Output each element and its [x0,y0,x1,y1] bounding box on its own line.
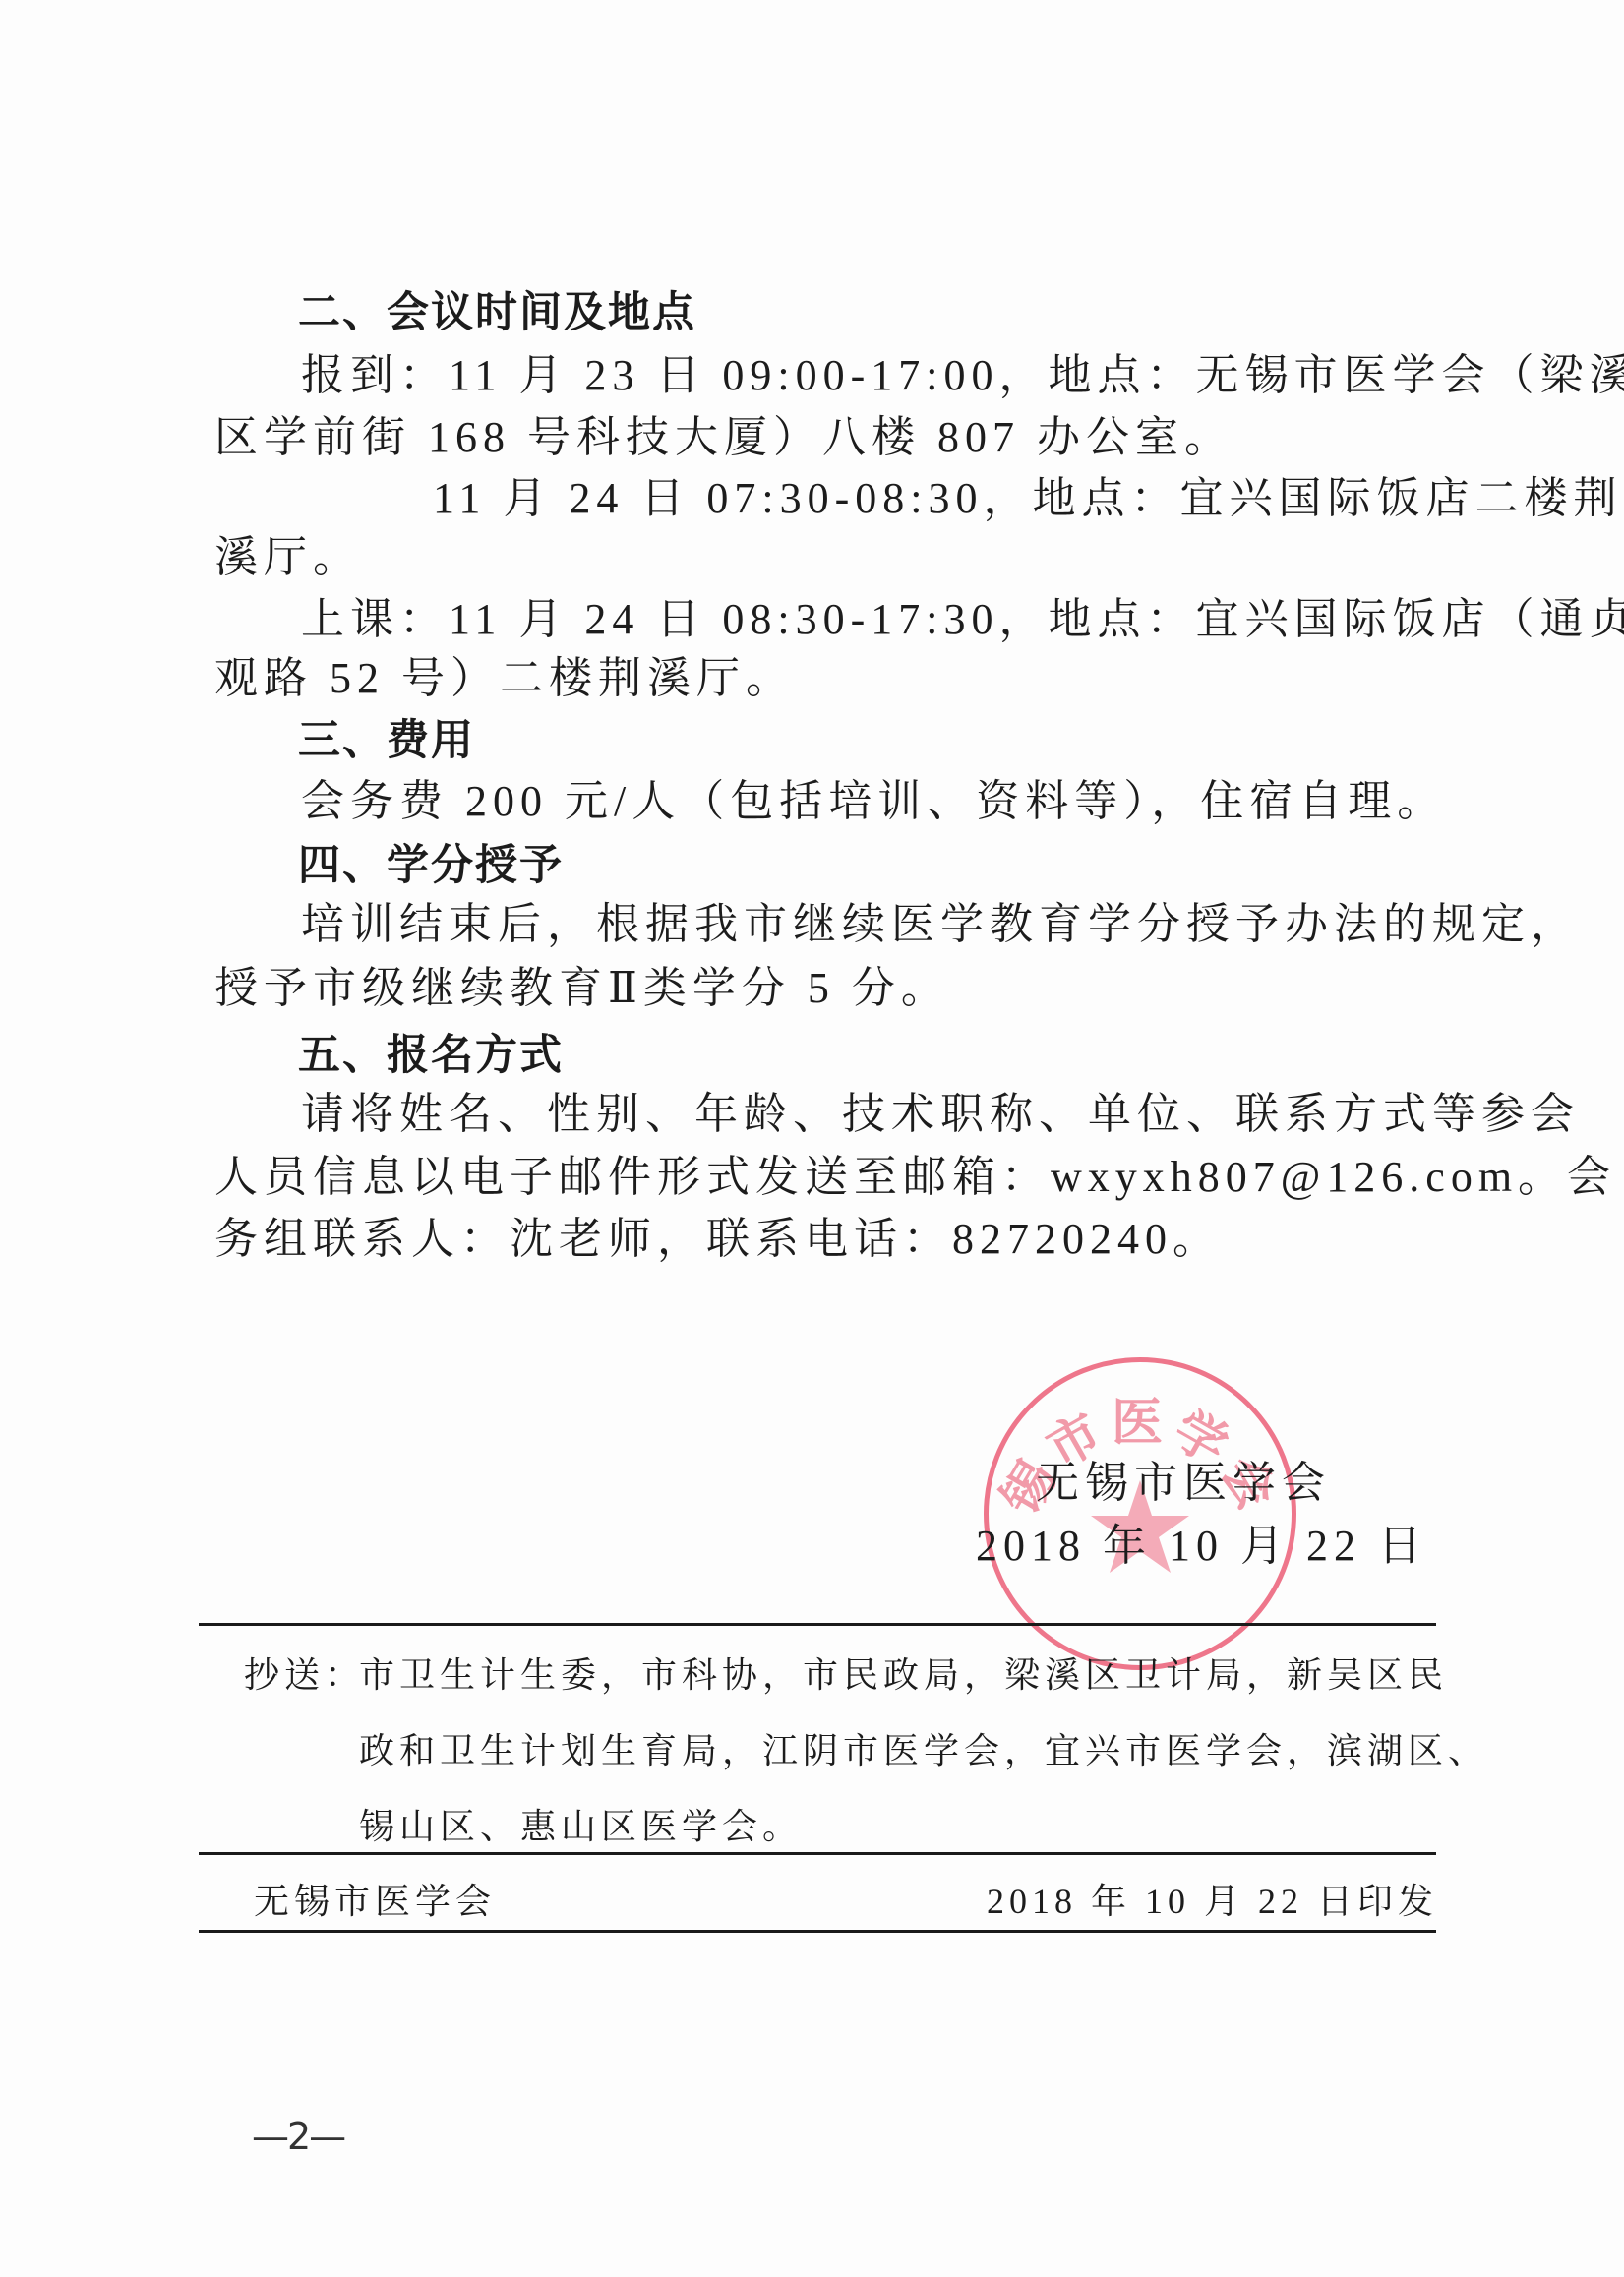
paragraph-line: 培训结束后，根据我市继续医学教育学分授予办法的规定， [301,894,1418,955]
paragraph-line: 区学前街 168 号科技大厦）八楼 807 办公室。 [214,407,1233,468]
divider-top [199,1623,1436,1626]
paragraph-line: 11 月 24 日 07:30-08:30，地点：宜兴国际饭店二楼荆 [433,468,1418,529]
section-heading-credits: 四、学分授予 [298,835,564,896]
divider-middle [199,1852,1436,1855]
paragraph-line: 请将姓名、性别、年龄、技术职称、单位、联系方式等参会 [301,1084,1418,1145]
section-heading-fees: 三、费用 [298,710,475,771]
cc-label: 抄送： [244,1650,365,1700]
paragraph-line: 溪厅。 [214,527,362,588]
paragraph-line: 会务费 200 元/人（包括培训、资料等），住宿自理。 [301,771,1446,832]
cc-line: 市卫生计生委，市科协，市民政局，梁溪区卫计局，新吴区民 [359,1650,1392,1700]
seal-star-icon: 锡市医学会 [989,1362,1292,1665]
paragraph-line: 授予市级继续教育Ⅱ类学分 5 分。 [214,958,950,1019]
section-heading-registration: 五、报名方式 [298,1025,564,1086]
cc-line: 锡山区、惠山区医学会。 [359,1802,803,1851]
footer-issuer: 无锡市医学会 [254,1877,496,1926]
paragraph-line: 观路 52 号）二楼荆溪厅。 [214,648,795,709]
footer-issue-date: 2018 年 10 月 22 日印发 [987,1877,1438,1926]
cc-line: 政和卫生计划生育局，江阴市医学会，宜兴市医学会，滨湖区、 [359,1726,1392,1775]
signature-date: 2018 年 10 月 22 日 [976,1517,1427,1576]
divider-bottom [199,1930,1436,1933]
page-number: —2— [252,2115,344,2158]
paragraph-line: 上课：11 月 24 日 08:30-17:30，地点：宜兴国际饭店（通贞 [301,589,1418,650]
section-heading-meeting: 二、会议时间及地点 [298,282,696,343]
paragraph-line: 报到：11 月 23 日 09:00-17:00，地点：无锡市医学会（梁溪 [301,345,1418,406]
signature-organization: 无锡市医学会 [1036,1454,1331,1513]
paragraph-line: 人员信息以电子邮件形式发送至邮箱：wxyxh807@126.com。会 [214,1147,1418,1208]
paragraph-line: 务组联系人：沈老师，联系电话：82720240。 [214,1209,1222,1270]
